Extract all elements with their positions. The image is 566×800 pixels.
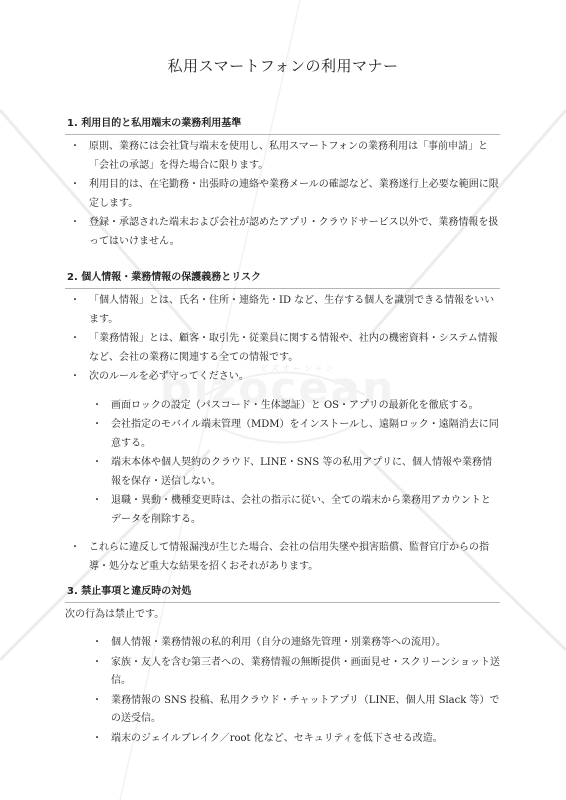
section-2-list: ・「個人情報」とは、氏名・住所・連絡先・ID など、生存する個人を識別できる情報…	[65, 292, 500, 387]
list-item: ・「業務情報」とは、顧客・取引先・従業員に関する情報や、社内の機密資料・システム…	[65, 330, 500, 367]
list-item: ・「個人情報」とは、氏名・住所・連絡先・ID など、生存する個人を識別できる情報…	[65, 292, 500, 329]
bullet-icon: ・	[70, 539, 80, 558]
list-item: ・端末のジェイルブレイク／root 化など、セキュリティを低下させる改造。	[87, 730, 500, 749]
list-item: ・これらに違反して情報漏洩が生じた場合、会社の信用失墜や損害賠償、監督官庁からの…	[65, 539, 500, 576]
section-1: 1. 利用目的と私用端末の業務利用基準 ・原則、業務には会社貸与端末を使用し、私…	[65, 114, 500, 251]
bullet-icon: ・	[70, 176, 80, 195]
bullet-icon: ・	[92, 730, 102, 749]
section-intro: 次の行為は禁止です。	[65, 606, 500, 624]
list-item: ・原則、業務には会社貸与端末を使用し、私用スマートフォンの業務利用は「事前申請」…	[65, 138, 500, 175]
bullet-icon: ・	[92, 492, 102, 511]
section-heading: 3. 禁止事項と違反時の対処	[65, 582, 500, 603]
bullet-icon: ・	[92, 397, 102, 416]
section-heading: 1. 利用目的と私用端末の業務利用基準	[65, 114, 500, 135]
section-2-rules-list: ・画面ロックの設定（パスコード・生体認証）と OS・アプリの最新化を徹底する。 …	[65, 397, 500, 530]
section-2: 2. 個人情報・業務情報の保護義務とリスク ・「個人情報」とは、氏名・住所・連絡…	[65, 268, 500, 576]
bullet-icon: ・	[92, 634, 102, 653]
bullet-icon: ・	[70, 292, 80, 311]
page-title: 私用スマートフォンの利用マナー	[0, 55, 566, 76]
bullet-icon: ・	[92, 416, 102, 435]
section-heading: 2. 個人情報・業務情報の保護義務とリスク	[65, 268, 500, 289]
bullet-icon: ・	[70, 138, 80, 157]
section-1-list: ・原則、業務には会社貸与端末を使用し、私用スマートフォンの業務利用は「事前申請」…	[65, 138, 500, 251]
bullet-icon: ・	[92, 692, 102, 711]
list-item: ・家族・友人を含む第三者への、業務情報の無断提供・画面見せ・スクリーンショット送…	[87, 654, 500, 691]
list-item: ・登録・承認された端末および会社が認めたアプリ・クラウドサービス以外で、業務情報…	[65, 214, 500, 251]
section-2-closing: ・これらに違反して情報漏洩が生じた場合、会社の信用失墜や損害賠償、監督官庁からの…	[65, 539, 500, 576]
list-item: ・利用目的は、在宅勤務・出張時の連絡や業務メールの確認など、業務遂行上必要な範囲…	[65, 176, 500, 213]
section-3: 3. 禁止事項と違反時の対処 次の行為は禁止です。 ・個人情報・業務情報の私的利…	[65, 582, 500, 748]
list-item: ・個人情報・業務情報の私的利用（自分の連絡先管理・別業務等への流用）。	[87, 634, 500, 653]
bullet-icon: ・	[70, 214, 80, 233]
bullet-icon: ・	[70, 330, 80, 349]
bullet-icon: ・	[70, 368, 80, 387]
list-item: ・会社指定のモバイル端末管理（MDM）をインストールし、遠隔ロック・遠隔消去に同…	[87, 416, 500, 453]
bullet-icon: ・	[92, 654, 102, 673]
list-item: ・端末本体や個人契約のクラウド、LINE・SNS 等の私用アプリに、個人情報や業…	[87, 454, 500, 491]
list-item: ・画面ロックの設定（パスコード・生体認証）と OS・アプリの最新化を徹底する。	[87, 397, 500, 416]
document-page: 私用スマートフォンの利用マナー 1. 利用目的と私用端末の業務利用基準 ・原則、…	[0, 0, 566, 800]
list-item: ・退職・異動・機種変更時は、会社の指示に従い、全ての端末から業務用アカウントとデ…	[87, 492, 500, 529]
bullet-icon: ・	[92, 454, 102, 473]
list-item: ・業務情報の SNS 投稿、私用クラウド・チャットアプリ（LINE、個人用 Sl…	[87, 692, 500, 729]
section-3-list: ・個人情報・業務情報の私的利用（自分の連絡先管理・別業務等への流用）。 ・家族・…	[65, 634, 500, 748]
list-item: ・次のルールを必ず守ってください。	[65, 368, 500, 387]
